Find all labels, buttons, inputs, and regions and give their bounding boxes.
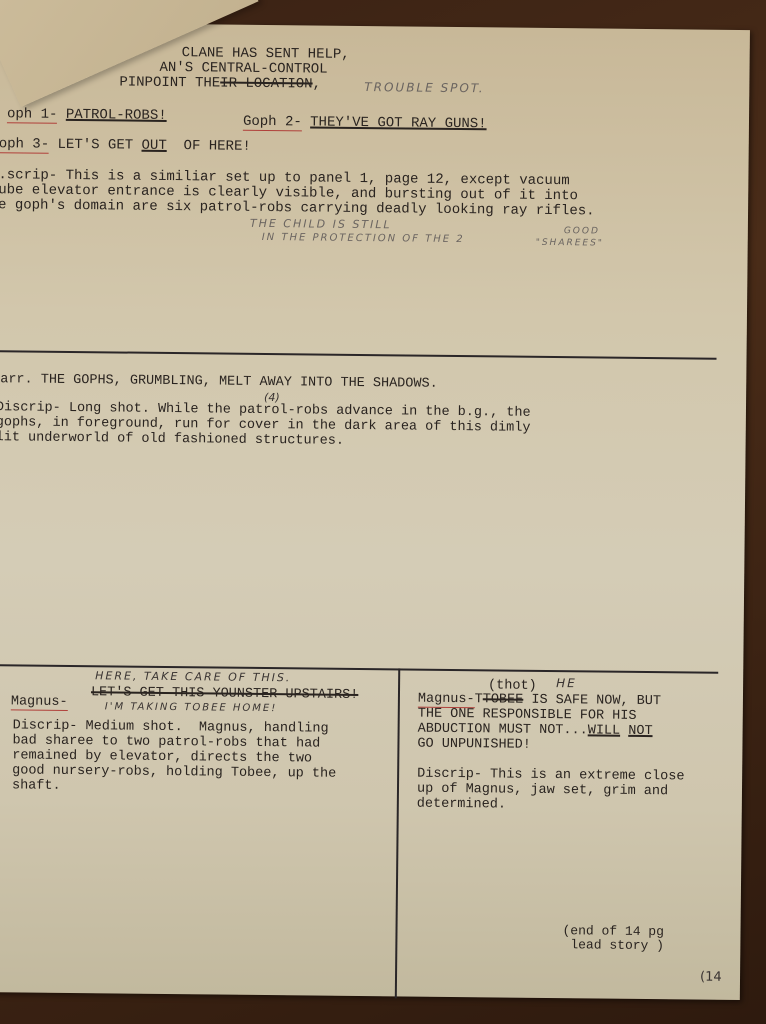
handwritten-note-protection: IN THE PROTECTION OF THE 2 (262, 232, 465, 245)
br-description-line-3: determined. (417, 797, 506, 813)
page-number: (14 (700, 970, 722, 985)
bl-description-line-5: shaft. (12, 778, 61, 794)
panel-divider-vertical (395, 668, 400, 998)
handwritten-trouble-spot: TROUBLE SPOT. (364, 80, 484, 95)
goph-2-line: Goph 2- THEY'VE GOT RAY GUNS! (243, 115, 487, 133)
middle-description-line-3: lit underworld of old fashioned structur… (0, 430, 344, 449)
handwritten-here-take-care: HERE, TAKE CARE OF THIS. (95, 669, 291, 684)
bl-description-line-4: good nursery-robs, holding Tobee, up the (12, 763, 336, 781)
handwritten-he: HE (556, 676, 577, 690)
handwritten-note-good: GOOD (564, 226, 600, 236)
goph-3-line: oph 3- LET'S GET OUT OF HERE! (0, 137, 251, 155)
handwritten-note-sharees: "SHAREES" (536, 238, 604, 249)
struck-dialogue: LET'S GET THIS YOUNSTER UPSTAIRS! (91, 685, 358, 703)
panel-divider-top (0, 350, 717, 359)
end-note-2: lead story ) (570, 937, 664, 953)
narration-line: arr. THE GOPHS, GRUMBLING, MELT AWAY INT… (0, 372, 438, 392)
magnus-left-speaker: Magnus- (11, 694, 68, 710)
script-page: CLANE HAS SENT HELP, AN'S CENTRAL-CONTRO… (0, 22, 750, 1000)
handwritten-note-child: THE CHILD IS STILL (250, 217, 392, 231)
br-dialogue-line-4: GO UNPUNISHED! (417, 737, 531, 753)
header-line-3: PINPOINT THEIR LOCATION, (119, 75, 321, 92)
goph-1-line: oph 1- PATROL-ROBS! (7, 107, 167, 124)
handwritten-taking-tobee-home: I'M TAKING TOBEE HOME! (105, 701, 278, 714)
